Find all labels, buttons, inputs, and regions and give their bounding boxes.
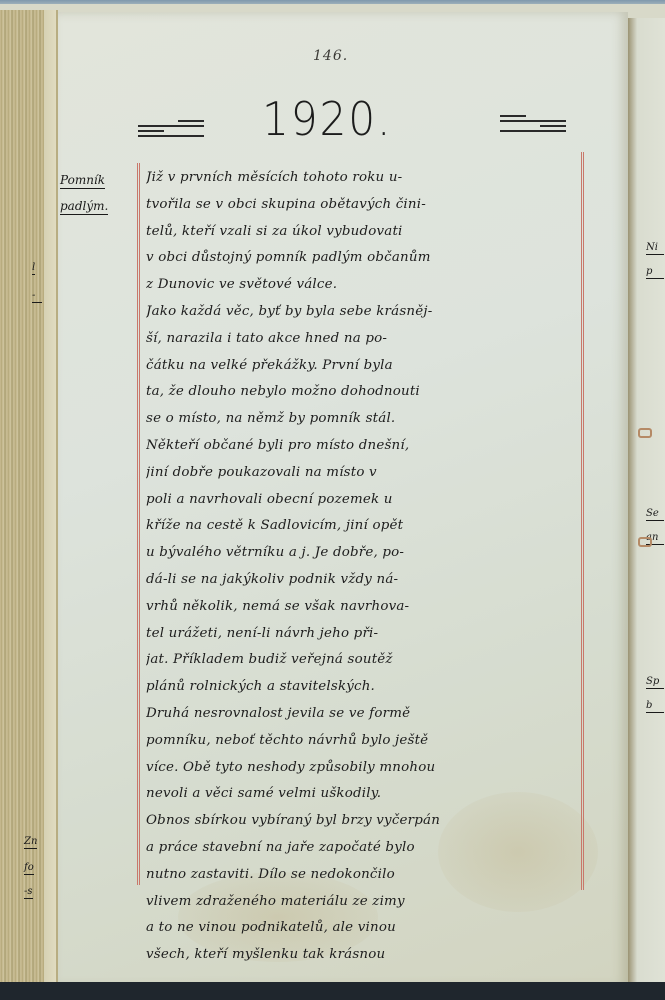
text-line: v obci důstojný pomník padlým občanům xyxy=(146,245,578,272)
margin-heading-line1: Pomník xyxy=(60,173,105,189)
text-line: Již v prvních měsících tohoto roku u- xyxy=(146,165,578,192)
left-margin-mark: - xyxy=(32,290,42,303)
text-line: Někteří občané byli pro místo dnešní, xyxy=(146,433,578,460)
year-heading: 1920. xyxy=(262,92,392,146)
margin-rule-right-inner xyxy=(583,152,584,890)
text-line: vlivem zdraženého materiálu ze zimy xyxy=(146,889,578,916)
text-line: poli a navrhovali obecní pozemek u xyxy=(146,487,578,514)
left-margin-mark: -s xyxy=(24,886,33,899)
decorative-rule-right xyxy=(500,115,566,135)
margin-rule-left-outer xyxy=(137,163,138,885)
text-line: z Dunovic ve světové válce. xyxy=(146,272,578,299)
text-line: Obnos sbírkou vybíraný byl brzy vyčerpán xyxy=(146,808,578,835)
text-line: dá-li se na jakýkoliv podnik vždy ná- xyxy=(146,567,578,594)
text-line: plánů rolnických a stavitelských. xyxy=(146,674,578,701)
text-line: ta, že dlouho nebylo možno dohodnouti xyxy=(146,379,578,406)
handwritten-text-block: Již v prvních měsících tohoto roku u- tv… xyxy=(146,165,578,969)
text-line: a to ne vinou podnikatelů, ale vinou xyxy=(146,915,578,942)
text-line: Jako každá věc, byť by byla sebe krásněj… xyxy=(146,299,578,326)
text-line: více. Obě tyto neshody způsobily mnohou xyxy=(146,755,578,782)
decorative-rule-left xyxy=(138,120,204,140)
margin-rule-left-inner xyxy=(139,163,140,885)
text-line: kříže na cestě k Sadlovicím, jiní opět xyxy=(146,513,578,540)
binding-thread xyxy=(638,428,652,438)
text-line: a práce stavební na jaře započaté bylo xyxy=(146,835,578,862)
text-line: nutno zastaviti. Dílo se nedokončilo xyxy=(146,862,578,889)
margin-rule-right-outer xyxy=(581,152,582,890)
text-line: všech, kteří myšlenku tak krásnou xyxy=(146,942,578,969)
text-line: jat. Příkladem budiž veřejná soutěž xyxy=(146,647,578,674)
text-line: čátku na velké překážky. První byla xyxy=(146,353,578,380)
right-margin-mark: Ni xyxy=(646,242,664,255)
text-line: se o místo, na němž by pomník stál. xyxy=(146,406,578,433)
left-margin-mark: fo xyxy=(24,862,34,875)
text-line: u bývalého větrníku a j. Je dobře, po- xyxy=(146,540,578,567)
text-line: jiní dobře poukazovali na místo v xyxy=(146,460,578,487)
right-margin-mark: b xyxy=(646,700,664,713)
margin-heading-line2: padlým. xyxy=(60,199,108,215)
right-margin-mark: Sp xyxy=(646,676,664,689)
right-margin-mark: p xyxy=(646,266,664,279)
next-page-edge xyxy=(628,18,665,988)
left-margin-mark: Zn xyxy=(24,836,37,849)
desk-background-bottom xyxy=(0,982,665,1000)
text-line: nevoli a věci samé velmi uškodily. xyxy=(146,781,578,808)
text-line: pomníku, neboť těchto návrhů bylo ještě xyxy=(146,728,578,755)
previous-page-edge xyxy=(44,10,58,986)
text-line: tvořila se v obci skupina obětavých čini… xyxy=(146,192,578,219)
text-line: ší, narazila i tato akce hned na po- xyxy=(146,326,578,353)
text-line: telů, kteří vzali si za úkol vybudovati xyxy=(146,219,578,246)
binding-thread xyxy=(638,537,652,547)
text-line: vrhů několik, nemá se však navrhova- xyxy=(146,594,578,621)
left-margin-mark: l xyxy=(32,262,35,275)
page-stack-edge xyxy=(0,10,45,986)
text-line: tel urážeti, není-li návrh jeho při- xyxy=(146,621,578,648)
page-number: 146. xyxy=(313,48,348,64)
text-line: Druhá nesrovnalost jevila se ve formě xyxy=(146,701,578,728)
right-margin-mark: Se xyxy=(646,508,664,521)
